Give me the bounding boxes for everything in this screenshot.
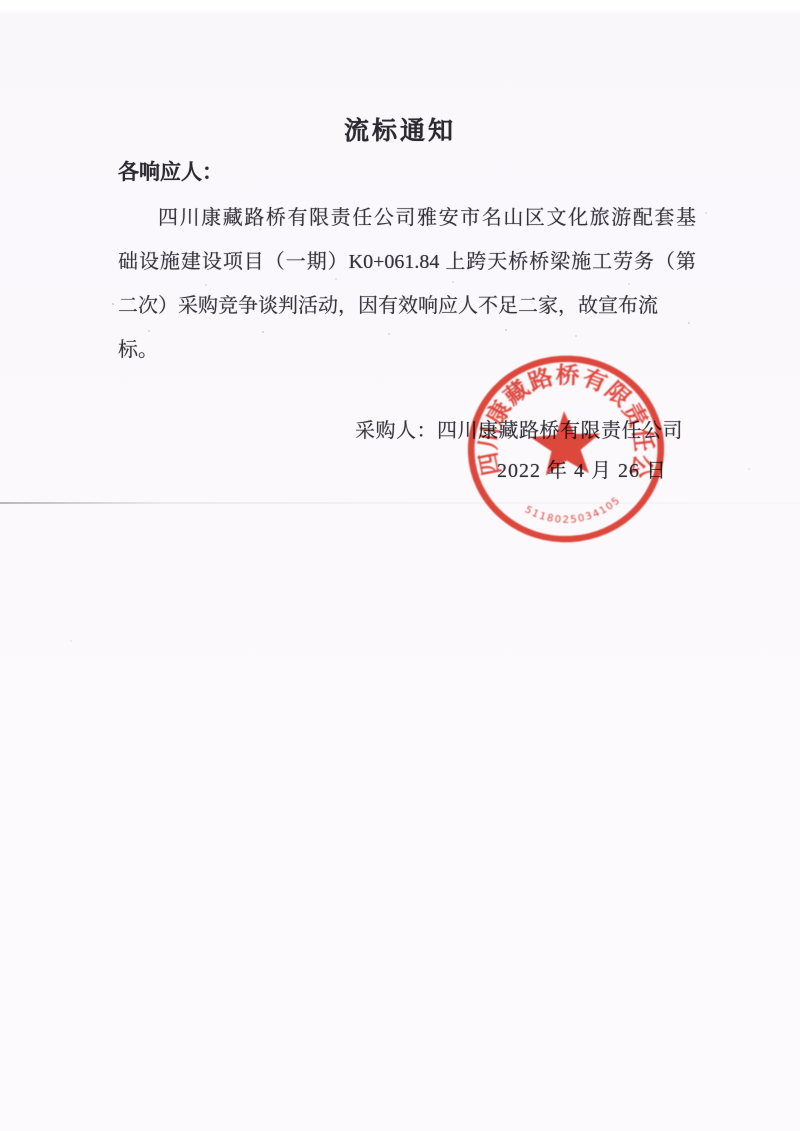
- purchaser-label: 采购人：: [355, 420, 437, 442]
- body-paragraph: 四川康藏路桥有限责任公司雅安市名山区文化旅游配套基 础设施建设项目（一期）K0+…: [118, 196, 696, 372]
- date-line: 2022 年 4 月 26 日: [497, 454, 667, 483]
- scan-noise-speckles: [0, 0, 2, 2]
- seal-graphic: 四川康藏路桥有限责任公司 5118025034105: [459, 347, 673, 551]
- body-line: 四川康藏路桥有限责任公司雅安市名山区文化旅游配套基: [118, 196, 696, 240]
- seal-outer-ring: [467, 354, 666, 544]
- svg-text:5118025034105: 5118025034105: [522, 494, 625, 528]
- purchaser-line: 采购人：四川康藏路桥有限责任公司: [355, 414, 683, 443]
- body-line: 础设施建设项目（一期）K0+061.84 上跨天桥桥梁施工劳务（第: [118, 240, 696, 284]
- scan-artifact-line: [0, 502, 800, 504]
- body-line: 二次）采购竞争谈判活动，因有效响应人不足二家，故宣布流标。: [118, 284, 696, 372]
- seal-serial-number: 5118025034105: [522, 494, 625, 528]
- salutation-line: 各响应人：: [118, 156, 223, 186]
- page-title: 流标通知: [0, 111, 800, 147]
- scanned-document-page: 流标通知 各响应人： 四川康藏路桥有限责任公司雅安市名山区文化旅游配套基 础设施…: [0, 0, 800, 1131]
- purchaser-name: 四川康藏路桥有限责任公司: [437, 420, 683, 442]
- company-seal-stamp: 四川康藏路桥有限责任公司 5118025034105: [459, 347, 673, 551]
